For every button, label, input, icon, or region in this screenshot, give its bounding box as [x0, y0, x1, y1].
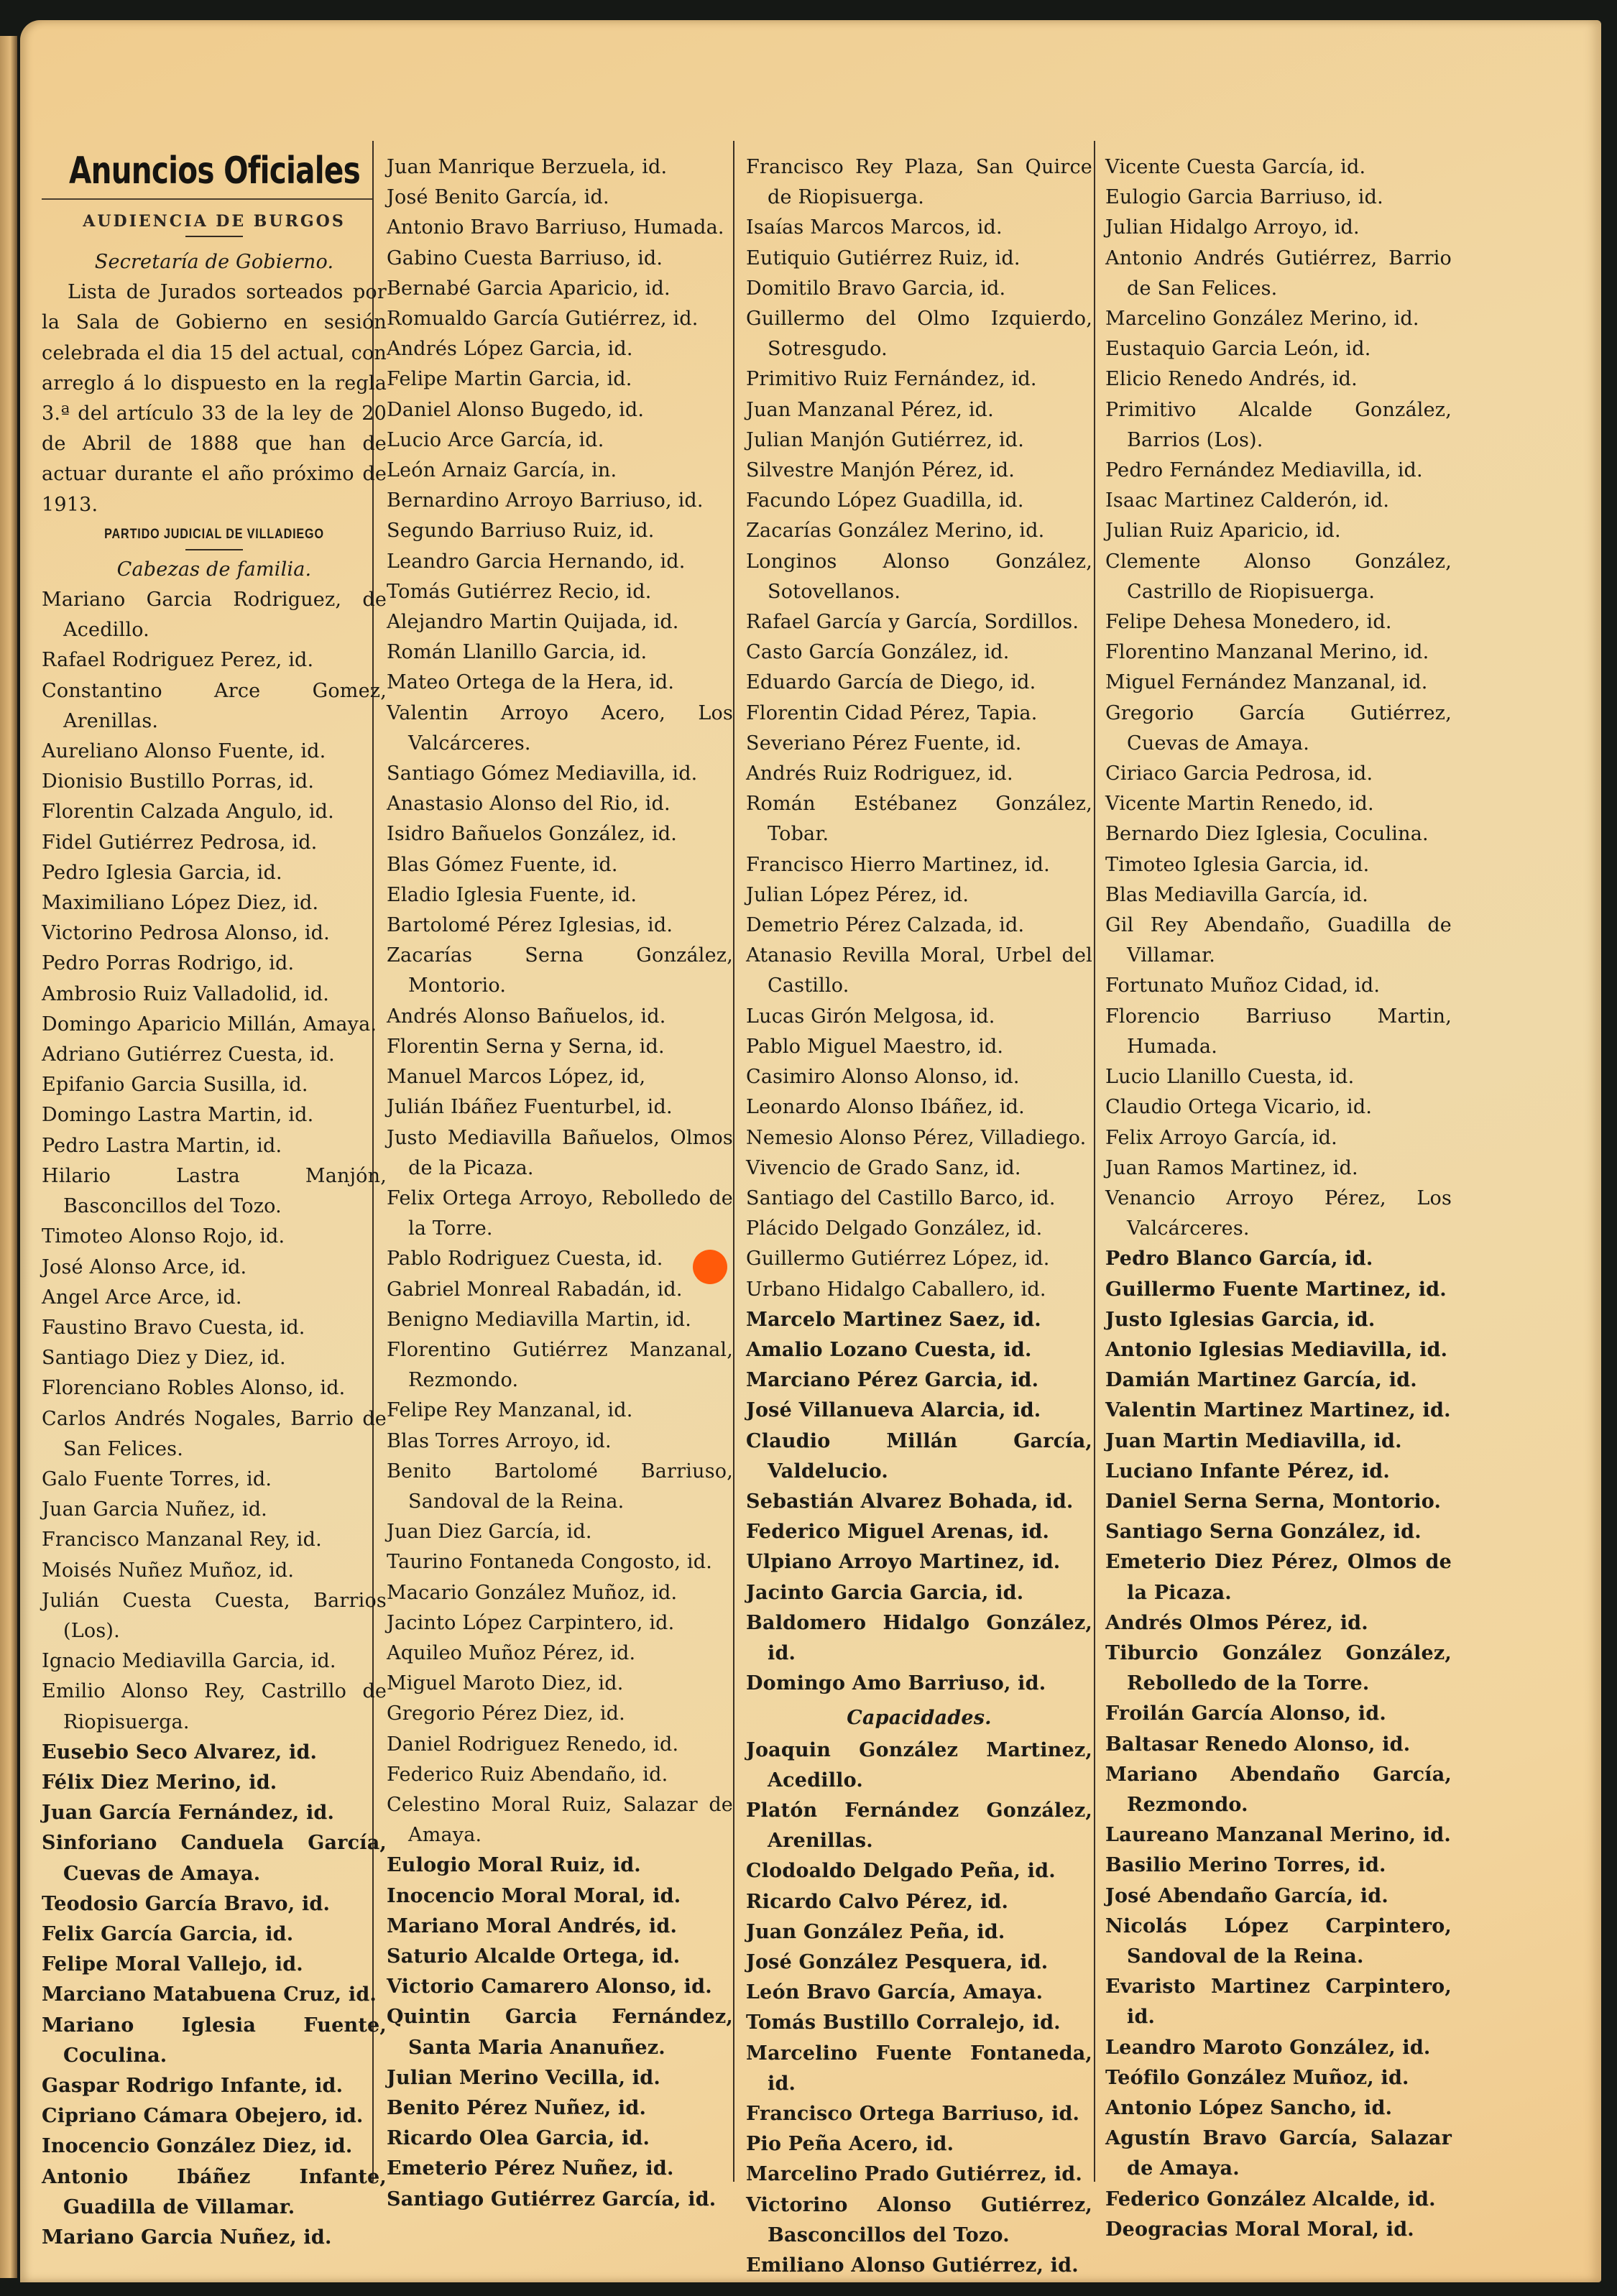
secretaria-heading: Secretaría de Gobierno.	[42, 247, 387, 277]
juror-entry: Gabriel Monreal Rabadán, id.	[387, 1275, 733, 1305]
juror-entry: Mariano Abendaño García, Rezmondo.	[1105, 1760, 1452, 1820]
juror-entry: Tomás Gutiérrez Recio, id.	[387, 577, 733, 607]
juror-entry: Primitivo Alcalde González, Barrios (Los…	[1105, 395, 1452, 456]
juror-entry: Mariano Garcia Nuñez, id.	[42, 2223, 387, 2253]
juror-entry: Andrés Alonso Bañuelos, id.	[387, 1002, 733, 1032]
juror-entry: Julián Cuesta Cuesta, Barrios (Los).	[42, 1586, 387, 1646]
juror-entry: Marciano Matabuena Cruz, id.	[42, 1980, 387, 2010]
juror-entry: Carlos Andrés Nogales, Barrio de San Fel…	[42, 1404, 387, 1465]
juror-entry: Julian Hidalgo Arroyo, id.	[1105, 213, 1452, 243]
juror-entry: Celestino Moral Ruiz, Salazar de Amaya.	[387, 1790, 733, 1850]
juror-entry: José Benito García, id.	[387, 183, 733, 213]
juror-entry: Guillermo Gutiérrez López, id.	[746, 1244, 1092, 1274]
juror-entry: Eladio Iglesia Fuente, id.	[387, 880, 733, 910]
column-2: Juan Manrique Berzuela, id.José Benito G…	[387, 152, 733, 2215]
juror-entry: Florentino Gutiérrez Manzanal, Rezmondo.	[387, 1335, 733, 1396]
juror-entry: Blas Torres Arroyo, id.	[387, 1426, 733, 1457]
juror-entry: Florentin Cidad Pérez, Tapia.	[746, 699, 1092, 729]
juror-entry: José Alonso Arce, id.	[42, 1253, 387, 1283]
newspaper-page: Anuncios Oficiales AUDIENCIA DE BURGOS S…	[20, 20, 1601, 2282]
juror-entry: Jacinto López Carpintero, id.	[387, 1608, 733, 1638]
section-subhead: AUDIENCIA DE BURGOS	[42, 207, 387, 236]
juror-entry: Romualdo García Gutiérrez, id.	[387, 304, 733, 334]
juror-entry: Vicente Cuesta García, id.	[1105, 152, 1452, 183]
juror-entry: Joaquin González Martinez, Acedillo.	[746, 1735, 1092, 1796]
juror-entry: Luciano Infante Pérez, id.	[1105, 1457, 1452, 1487]
previous-page-edge	[0, 36, 17, 2278]
juror-entry: Valentin Martinez Martinez, id.	[1105, 1396, 1452, 1426]
juror-entry: Victorio Camarero Alonso, id.	[387, 1972, 733, 2002]
juror-entry: Ricardo Olea Garcia, id.	[387, 2124, 733, 2154]
juror-entry: Claudio Ortega Vicario, id.	[1105, 1092, 1452, 1122]
juror-entry: Mariano Garcia Rodriguez, de Acedillo.	[42, 585, 387, 645]
juror-entry: Domitilo Bravo Garcia, id.	[746, 274, 1092, 304]
juror-entry: Felipe Dehesa Monedero, id.	[1105, 607, 1452, 637]
juror-entry: Bernabé Garcia Aparicio, id.	[387, 274, 733, 304]
column-3: Francisco Rey Plaza, San Quirce de Riopi…	[746, 152, 1092, 2281]
juror-entry: Felix Ortega Arroyo, Rebolledo de la Tor…	[387, 1184, 733, 1244]
juror-entry: Domingo Lastra Martin, id.	[42, 1100, 387, 1130]
masthead-rule	[42, 198, 372, 200]
masthead-title: Anuncios Oficiales	[69, 149, 317, 193]
juror-entry: Severiano Pérez Fuente, id.	[746, 729, 1092, 759]
juror-entry: Eulogio Garcia Barriuso, id.	[1105, 183, 1452, 213]
juror-entry: Aquileo Muñoz Pérez, id.	[387, 1638, 733, 1669]
juror-entry: Valentin Arroyo Acero, Los Valcárceres.	[387, 699, 733, 759]
juror-entry: Benito Pérez Nuñez, id.	[387, 2093, 733, 2124]
juror-entry: Gregorio García Gutiérrez, Cuevas de Ama…	[1105, 699, 1452, 759]
juror-entry: Quintin Garcia Fernández, Santa Maria An…	[387, 2002, 733, 2062]
juror-entry: Sebastián Alvarez Bohada, id.	[746, 1487, 1092, 1517]
juror-entry: Emilio Alonso Rey, Castrillo de Riopisue…	[42, 1677, 387, 1737]
juror-entry: Pablo Rodriguez Cuesta, id.	[387, 1244, 733, 1274]
juror-entry: Román Llanillo Garcia, id.	[387, 637, 733, 668]
juror-entry: Ulpiano Arroyo Martinez, id.	[746, 1547, 1092, 1577]
orange-dot-marker	[693, 1250, 727, 1284]
juror-list-col2: Juan Manrique Berzuela, id.José Benito G…	[387, 152, 733, 2215]
juror-entry: Julian Manjón Gutiérrez, id.	[746, 425, 1092, 456]
juror-entry: Cipriano Cámara Obejero, id.	[42, 2101, 387, 2131]
juror-entry: Félix Diez Merino, id.	[42, 1768, 387, 1798]
juror-entry: Benito Bartolomé Barriuso, Sandoval de l…	[387, 1457, 733, 1517]
juror-entry: Ciriaco Garcia Pedrosa, id.	[1105, 759, 1452, 789]
juror-entry: Emiliano Alonso Gutiérrez, id.	[746, 2251, 1092, 2281]
juror-entry: Andrés Ruiz Rodriguez, id.	[746, 759, 1092, 789]
juror-entry: Felipe Moral Vallejo, id.	[42, 1950, 387, 1980]
juror-entry: Lucio Llanillo Cuesta, id.	[1105, 1062, 1452, 1092]
juror-entry: Pedro Iglesia Garcia, id.	[42, 858, 387, 888]
juror-entry: Agustín Bravo García, Salazar de Amaya.	[1105, 2124, 1452, 2184]
juror-entry: Vivencio de Grado Sanz, id.	[746, 1153, 1092, 1184]
juror-entry: Pablo Miguel Maestro, id.	[746, 1032, 1092, 1062]
juror-entry: Julian Merino Vecilla, id.	[387, 2063, 733, 2093]
juror-entry: Clodoaldo Delgado Peña, id.	[746, 1856, 1092, 1886]
capacidades-heading: Capacidades.	[746, 1703, 1092, 1733]
juror-entry: Isaac Martinez Calderón, id.	[1105, 486, 1452, 516]
juror-entry: Epifanio Garcia Susilla, id.	[42, 1070, 387, 1100]
juror-entry: Mariano Iglesia Fuente, Coculina.	[42, 2011, 387, 2071]
column-divider-2	[733, 141, 734, 2182]
juror-entry: Facundo López Guadilla, id.	[746, 486, 1092, 516]
capacidades-list: Joaquin González Martinez, Acedillo.Plat…	[746, 1735, 1092, 2282]
juror-entry: Basilio Merino Torres, id.	[1105, 1850, 1452, 1881]
juror-entry: Segundo Barriuso Ruiz, id.	[387, 516, 733, 546]
juror-entry: Florentino Manzanal Merino, id.	[1105, 637, 1452, 668]
juror-entry: Blas Mediavilla García, id.	[1105, 880, 1452, 910]
juror-entry: Gregorio Pérez Diez, id.	[387, 1699, 733, 1729]
juror-entry: Constantino Arce Gomez, Arenillas.	[42, 676, 387, 737]
juror-entry: Juan Garcia Nuñez, id.	[42, 1495, 387, 1525]
juror-entry: Andrés López Garcia, id.	[387, 334, 733, 364]
juror-entry: Bernardo Diez Iglesia, Coculina.	[1105, 819, 1452, 849]
juror-entry: Maximiliano López Diez, id.	[42, 888, 387, 918]
juror-entry: Vicente Martin Renedo, id.	[1105, 789, 1452, 819]
juror-entry: Primitivo Ruiz Fernández, id.	[746, 364, 1092, 395]
juror-entry: Rafael Rodriguez Perez, id.	[42, 645, 387, 676]
juror-entry: Inocencio González Diez, id.	[42, 2131, 387, 2162]
juror-entry: José Abendaño García, id.	[1105, 1881, 1452, 1912]
juror-entry: Nemesio Alonso Pérez, Villadiego.	[746, 1123, 1092, 1153]
juror-entry: Teodosio García Bravo, id.	[42, 1889, 387, 1919]
juror-entry: Julián Ibáñez Fuenturbel, id.	[387, 1092, 733, 1122]
juror-entry: Lucas Girón Melgosa, id.	[746, 1002, 1092, 1032]
juror-entry: Felix García Garcia, id.	[42, 1919, 387, 1950]
juror-list-col1: Mariano Garcia Rodriguez, de Acedillo.Ra…	[42, 585, 387, 2253]
juror-entry: Miguel Fernández Manzanal, id.	[1105, 668, 1452, 698]
juror-entry: Silvestre Manjón Pérez, id.	[746, 456, 1092, 486]
juror-entry: Pio Peña Acero, id.	[746, 2129, 1092, 2159]
juror-entry: Mateo Ortega de la Hera, id.	[387, 668, 733, 698]
juror-entry: Saturio Alcalde Ortega, id.	[387, 1942, 733, 1972]
juror-entry: Hilario Lastra Manjón, Basconcillos del …	[42, 1161, 387, 1222]
juror-entry: Leonardo Alonso Ibáñez, id.	[746, 1092, 1092, 1122]
juror-entry: Baltasar Renedo Alonso, id.	[1105, 1730, 1452, 1760]
juror-entry: Evaristo Martinez Carpintero, id.	[1105, 1972, 1452, 2032]
juror-entry: Eulogio Moral Ruiz, id.	[387, 1850, 733, 1881]
juror-entry: Fidel Gutiérrez Pedrosa, id.	[42, 828, 387, 858]
juror-entry: Elicio Renedo Andrés, id.	[1105, 364, 1452, 395]
juror-entry: Santiago Serna González, id.	[1105, 1517, 1452, 1547]
juror-entry: Antonio Bravo Barriuso, Humada.	[387, 213, 733, 243]
juror-entry: Angel Arce Arce, id.	[42, 1283, 387, 1313]
juror-entry: Federico Miguel Arenas, id.	[746, 1517, 1092, 1547]
juror-entry: Daniel Alonso Bugedo, id.	[387, 395, 733, 425]
juror-entry: Justo Mediavilla Bañuelos, Olmos de la P…	[387, 1123, 733, 1184]
juror-entry: Felipe Rey Manzanal, id.	[387, 1396, 733, 1426]
juror-entry: Domingo Amo Barriuso, id.	[746, 1669, 1092, 1699]
juror-entry: Leandro Maroto González, id.	[1105, 2033, 1452, 2063]
juror-entry: Aureliano Alonso Fuente, id.	[42, 737, 387, 767]
juror-entry: Blas Gómez Fuente, id.	[387, 850, 733, 880]
juror-list-col4: Vicente Cuesta García, id.Eulogio Garcia…	[1105, 152, 1452, 2245]
juror-entry: Francisco Hierro Martinez, id.	[746, 850, 1092, 880]
juror-entry: Atanasio Revilla Moral, Urbel del Castil…	[746, 941, 1092, 1001]
juror-entry: Demetrio Pérez Calzada, id.	[746, 910, 1092, 941]
juror-entry: Juan Martin Mediavilla, id.	[1105, 1426, 1452, 1457]
column-1: Anuncios Oficiales AUDIENCIA DE BURGOS S…	[42, 149, 387, 2253]
juror-entry: Moisés Nuñez Muñoz, id.	[42, 1556, 387, 1586]
juror-entry: Florentin Calzada Angulo, id.	[42, 797, 387, 827]
juror-entry: Santiago Gómez Mediavilla, id.	[387, 759, 733, 789]
juror-entry: Mariano Moral Andrés, id.	[387, 1912, 733, 1942]
column-divider-3	[1094, 141, 1095, 2182]
juror-entry: Marcelino González Merino, id.	[1105, 304, 1452, 334]
juror-entry: Alejandro Martin Quijada, id.	[387, 607, 733, 637]
juror-entry: Santiago Gutiérrez García, id.	[387, 2185, 733, 2215]
juror-entry: Victorino Alonso Gutiérrez, Basconcillos…	[746, 2190, 1092, 2251]
juror-entry: Pedro Fernández Mediavilla, id.	[1105, 456, 1452, 486]
juror-entry: Juan Diez García, id.	[387, 1517, 733, 1547]
intro-paragraph: Lista de Jurados sorteados por la Sala d…	[42, 277, 387, 520]
juror-entry: Longinos Alonso González, Sotovellanos.	[746, 547, 1092, 607]
juror-entry: Clemente Alonso González, Castrillo de R…	[1105, 547, 1452, 607]
juror-entry: Florentin Serna y Serna, id.	[387, 1032, 733, 1062]
juror-entry: Marcelino Fuente Fontaneda, id.	[746, 2039, 1092, 2099]
juror-entry: Federico González Alcalde, id.	[1105, 2185, 1452, 2215]
juror-entry: Antonio Ibáñez Infante, Guadilla de Vill…	[42, 2162, 387, 2223]
juror-entry: Pedro Blanco García, id.	[1105, 1244, 1452, 1274]
juror-entry: Manuel Marcos López, id,	[387, 1062, 733, 1092]
juror-entry: Nicolás López Carpintero, Sandoval de la…	[1105, 1912, 1452, 1972]
juror-entry: Pedro Porras Rodrigo, id.	[42, 949, 387, 979]
juror-entry: Zacarías Serna González, Montorio.	[387, 941, 733, 1001]
juror-entry: Amalio Lozano Cuesta, id.	[746, 1335, 1092, 1365]
juror-entry: Timoteo Alonso Rojo, id.	[42, 1222, 387, 1252]
juror-entry: Juan Manrique Berzuela, id.	[387, 152, 733, 183]
juror-entry: José Villanueva Alarcia, id.	[746, 1396, 1092, 1426]
juror-entry: Froilán García Alonso, id.	[1105, 1699, 1452, 1729]
juror-entry: Marcelino Prado Gutiérrez, id.	[746, 2159, 1092, 2190]
juror-entry: Emeterio Diez Pérez, Olmos de la Picaza.	[1105, 1547, 1452, 1608]
juror-entry: Antonio Iglesias Mediavilla, id.	[1105, 1335, 1452, 1365]
juror-entry: Antonio López Sancho, id.	[1105, 2093, 1452, 2124]
juror-entry: Isidro Bañuelos González, id.	[387, 819, 733, 849]
subhead-rule	[185, 236, 243, 237]
juror-entry: Eustaquio Garcia León, id.	[1105, 334, 1452, 364]
juror-entry: Galo Fuente Torres, id.	[42, 1465, 387, 1495]
juror-entry: Justo Iglesias Garcia, id.	[1105, 1305, 1452, 1335]
juror-entry: Victorino Pedrosa Alonso, id.	[42, 918, 387, 949]
juror-entry: Daniel Rodriguez Renedo, id.	[387, 1730, 733, 1760]
juror-entry: Jacinto Garcia Garcia, id.	[746, 1578, 1092, 1608]
juror-entry: Julian López Pérez, id.	[746, 880, 1092, 910]
juror-entry: Juan Manzanal Pérez, id.	[746, 395, 1092, 425]
juror-entry: Tomás Bustillo Corralejo, id.	[746, 2008, 1092, 2038]
juror-entry: Fortunato Muñoz Cidad, id.	[1105, 971, 1452, 1001]
juror-entry: Santiago del Castillo Barco, id.	[746, 1184, 1092, 1214]
juror-entry: Plácido Delgado González, id.	[746, 1214, 1092, 1244]
juror-entry: Damián Martinez García, id.	[1105, 1365, 1452, 1396]
juror-entry: Gaspar Rodrigo Infante, id.	[42, 2071, 387, 2101]
juror-entry: Marcelo Martinez Saez, id.	[746, 1305, 1092, 1335]
juror-entry: Isaías Marcos Marcos, id.	[746, 213, 1092, 243]
juror-entry: Juan García Fernández, id.	[42, 1798, 387, 1828]
juror-entry: Felix Arroyo García, id.	[1105, 1123, 1452, 1153]
juror-entry: Marciano Pérez Garcia, id.	[746, 1365, 1092, 1396]
juror-entry: Urbano Hidalgo Caballero, id.	[746, 1275, 1092, 1305]
juror-entry: Laureano Manzanal Merino, id.	[1105, 1820, 1452, 1850]
juror-entry: Teófilo González Muñoz, id.	[1105, 2063, 1452, 2093]
juror-entry: Federico Ruiz Abendaño, id.	[387, 1760, 733, 1790]
juror-entry: Juan Ramos Martinez, id.	[1105, 1153, 1452, 1184]
juror-entry: Daniel Serna Serna, Montorio.	[1105, 1487, 1452, 1517]
juror-entry: Macario González Muñoz, id.	[387, 1578, 733, 1608]
juror-entry: Florenciano Robles Alonso, id.	[42, 1373, 387, 1403]
juror-entry: Tiburcio González González, Rebolledo de…	[1105, 1638, 1452, 1699]
juror-entry: León Arnaiz García, in.	[387, 456, 733, 486]
juror-entry: Bernardino Arroyo Barriuso, id.	[387, 486, 733, 516]
juror-entry: Guillermo del Olmo Izquierdo, Sotresgudo…	[746, 304, 1092, 364]
juror-entry: Pedro Lastra Martin, id.	[42, 1131, 387, 1161]
juror-entry: Francisco Manzanal Rey, id.	[42, 1525, 387, 1555]
juror-entry: Casimiro Alonso Alonso, id.	[746, 1062, 1092, 1092]
partido-rule	[185, 549, 243, 550]
juror-entry: Rafael García y García, Sordillos.	[746, 607, 1092, 637]
juror-entry: Francisco Ortega Barriuso, id.	[746, 2099, 1092, 2129]
juror-entry: Domingo Aparicio Millán, Amaya.	[42, 1010, 387, 1040]
juror-entry: Ricardo Calvo Pérez, id.	[746, 1887, 1092, 1917]
juror-entry: Florencio Barriuso Martin, Humada.	[1105, 1002, 1452, 1062]
juror-entry: Zacarías González Merino, id.	[746, 516, 1092, 546]
juror-entry: Lucio Arce García, id.	[387, 425, 733, 456]
juror-entry: Baldomero Hidalgo González, id.	[746, 1608, 1092, 1669]
juror-entry: Dionisio Bustillo Porras, id.	[42, 767, 387, 797]
juror-entry: Anastasio Alonso del Rio, id.	[387, 789, 733, 819]
juror-entry: Benigno Mediavilla Martin, id.	[387, 1305, 733, 1335]
juror-entry: Timoteo Iglesia Garcia, id.	[1105, 850, 1452, 880]
juror-entry: Julian Ruiz Aparicio, id.	[1105, 516, 1452, 546]
column-4: Vicente Cuesta García, id.Eulogio Garcia…	[1105, 152, 1452, 2245]
juror-entry: Gabino Cuesta Barriuso, id.	[387, 244, 733, 274]
juror-entry: Inocencio Moral Moral, id.	[387, 1881, 733, 1912]
juror-entry: Platón Fernández González, Arenillas.	[746, 1796, 1092, 1856]
juror-entry: Ambrosio Ruiz Valladolid, id.	[42, 979, 387, 1010]
cabezas-heading: Cabezas de familia.	[42, 555, 387, 585]
juror-entry: Leandro Garcia Hernando, id.	[387, 547, 733, 577]
juror-entry: León Bravo García, Amaya.	[746, 1978, 1092, 2008]
juror-entry: Venancio Arroyo Pérez, Los Valcárceres.	[1105, 1184, 1452, 1244]
juror-entry: Miguel Maroto Diez, id.	[387, 1669, 733, 1699]
juror-entry: Felipe Martin Garcia, id.	[387, 364, 733, 395]
partido-heading: PARTIDO JUDICIAL DE VILLADIEGO	[68, 520, 361, 549]
juror-entry: Deogracias Moral Moral, id.	[1105, 2215, 1452, 2245]
juror-entry: Andrés Olmos Pérez, id.	[1105, 1608, 1452, 1638]
juror-entry: Taurino Fontaneda Congosto, id.	[387, 1547, 733, 1577]
juror-entry: Bartolomé Pérez Iglesias, id.	[387, 910, 733, 941]
juror-entry: Eutiquio Gutiérrez Ruiz, id.	[746, 244, 1092, 274]
juror-list-col3: Francisco Rey Plaza, San Quirce de Riopi…	[746, 152, 1092, 1699]
juror-entry: Eusebio Seco Alvarez, id.	[42, 1738, 387, 1768]
juror-entry: Emeterio Pérez Nuñez, id.	[387, 2154, 733, 2184]
juror-entry: Antonio Andrés Gutiérrez, Barrio de San …	[1105, 244, 1452, 304]
juror-entry: Juan González Peña, id.	[746, 1917, 1092, 1947]
juror-entry: Gil Rey Abendaño, Guadilla de Villamar.	[1105, 910, 1452, 971]
juror-entry: Francisco Rey Plaza, San Quirce de Riopi…	[746, 152, 1092, 213]
juror-entry: Eduardo García de Diego, id.	[746, 668, 1092, 698]
juror-entry: Sinforiano Canduela García, Cuevas de Am…	[42, 1828, 387, 1889]
juror-entry: José González Pesquera, id.	[746, 1947, 1092, 1978]
juror-entry: Faustino Bravo Cuesta, id.	[42, 1313, 387, 1343]
juror-entry: Claudio Millán García, Valdelucio.	[746, 1426, 1092, 1487]
juror-entry: Román Estébanez González, Tobar.	[746, 789, 1092, 849]
juror-entry: Santiago Diez y Diez, id.	[42, 1343, 387, 1373]
juror-entry: Ignacio Mediavilla Garcia, id.	[42, 1646, 387, 1677]
juror-entry: Adriano Gutiérrez Cuesta, id.	[42, 1040, 387, 1070]
juror-entry: Casto García González, id.	[746, 637, 1092, 668]
juror-entry: Guillermo Fuente Martinez, id.	[1105, 1275, 1452, 1305]
